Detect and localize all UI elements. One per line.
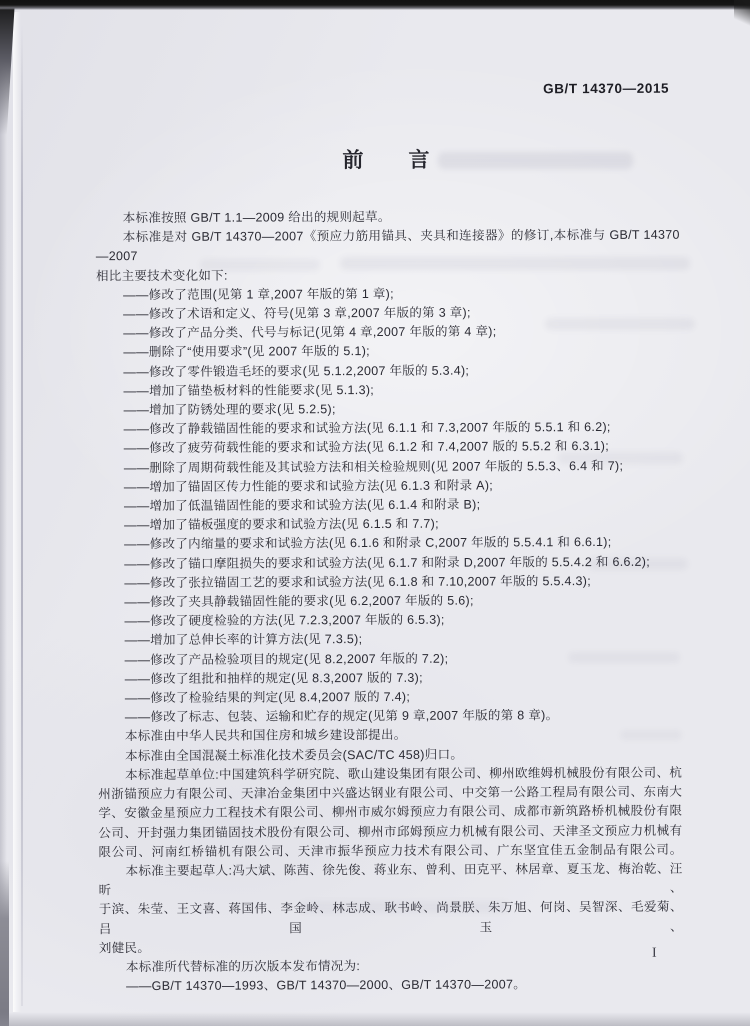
- text-line: ——修改了张拉锚固工艺的要求和试验方法(见 6.1.8 和 7.10,2007 …: [97, 572, 681, 594]
- text-line: ——删除了“使用要求”(见 2007 年版的 5.1);: [96, 341, 680, 363]
- page-fold-crease: [21, 25, 23, 1006]
- text-line: 限公司、河南红桥锚机有限公司、天津市振华预应力技术有限公司、广东坚宜佳五金制品有…: [98, 840, 682, 862]
- text-line: ——增加了防锈处理的要求(见 5.2.5);: [97, 399, 681, 421]
- text-line: ——修改了范围(见第 1 章,2007 年版的第 1 章);: [96, 283, 680, 305]
- text-line: ——修改了硬度检验的方法(见 7.2.3,2007 年版的 6.5.3);: [97, 610, 681, 632]
- scan-edge-top: [0, 0, 750, 10]
- page-fold-highlight: [13, 12, 21, 1012]
- bleedthrough-artifact: [340, 257, 690, 270]
- scan-edge-top-right: [734, 0, 750, 30]
- page-number: I: [652, 946, 657, 962]
- text-line: 本标准主要起草人:冯大斌、陈茜、徐先俊、蒋业东、曾利、田克平、林居章、夏玉龙、梅…: [99, 860, 683, 901]
- text-line: 刘健民。: [99, 936, 683, 958]
- text-line: ——GB/T 14370—1993、GB/T 14370—2000、GB/T 1…: [99, 975, 683, 997]
- text-line: 公司、开封强力集团锚固技术股份有限公司、柳州市邱姆预应力机械有限公司、天津圣文预…: [98, 821, 682, 843]
- scan-edge-bottom: [0, 1012, 750, 1026]
- text-line: ——增加了低温锚固性能的要求和试验方法(见 6.1.4 和附录 B);: [97, 495, 681, 517]
- standard-number: GB/T 14370—2015: [543, 81, 669, 97]
- text-line: ——修改了静载锚固性能的要求和试验方法(见 6.1.1 和 7.3,2007 年…: [97, 418, 681, 440]
- text-line: ——修改了组批和抽样的规定(见 8.3,2007 版的 7.3);: [98, 668, 682, 690]
- bleedthrough-artifact: [568, 652, 680, 663]
- scan-edge-left-bottom: [0, 861, 9, 1026]
- text-line: ——增加了锚垫板材料的性能要求(见 5.1.3);: [96, 379, 680, 401]
- text-line: 本标准由中华人民共和国住房和城乡建设部提出。: [98, 725, 682, 747]
- page-content: GB/T 14370—2015 前 言 本标准按照 GB/T 1.1—2009 …: [0, 0, 750, 1026]
- bleedthrough-artifact: [545, 318, 695, 330]
- text-line: 本标准所代替标准的历次版本发布情况为:: [99, 956, 683, 978]
- text-line: ——增加了锚固区传力性能的要求和试验方法(见 6.1.3 和附录 A);: [97, 476, 681, 498]
- bleedthrough-artifact: [438, 152, 633, 169]
- text-line: ——修改了内缩量的要求和试验方法(见 6.1.6 和附录 C,2007 年版的 …: [97, 533, 681, 555]
- page-title: 前 言: [24, 142, 748, 175]
- text-line: ——修改了夹具静载锚固性能的要求(见 6.2,2007 年版的 5.6);: [97, 591, 681, 613]
- text-line: ——修改了检验结果的判定(见 8.4,2007 版的 7.4);: [98, 687, 682, 709]
- bleedthrough-artifact: [300, 901, 510, 913]
- bleedthrough-artifact: [588, 558, 688, 570]
- text-line: ——增加了锚板强度的要求和试验方法(见 6.1.5 和 7.7);: [97, 514, 681, 536]
- text-line: 本标准由全国混凝土标准化技术委员会(SAC/TC 458)归口。: [98, 744, 682, 766]
- text-line: ——修改了标志、包装、运输和贮存的规定(见第 9 章,2007 年版的第 8 章…: [98, 706, 682, 728]
- bleedthrough-artifact: [620, 730, 682, 740]
- text-line: ——增加了总伸长率的计算方法(见 7.3.5);: [98, 629, 682, 651]
- bleedthrough-artifact: [200, 259, 320, 271]
- text-line: 本标准起草单位:中国建筑科学研究院、歌山建设集团有限公司、柳州欧维姆机械股份有限…: [98, 764, 682, 786]
- text-line: 州浙锚预应力有限公司、天津冶金集团中兴盛达钢业有限公司、中交第一公路工程局有限公…: [98, 783, 682, 805]
- scanned-page: GB/T 14370—2015 前 言 本标准按照 GB/T 1.1—2009 …: [0, 0, 750, 1026]
- text-line: ——修改了零件锻造毛坯的要求(见 5.1.2,2007 年版的 5.3.4);: [96, 360, 680, 382]
- text-line: 本标准按照 GB/T 1.1—2009 给出的规则起草。: [96, 207, 680, 229]
- text-line: 学、安徽金星预应力工程技术有限公司、柳州市威尔姆预应力有限公司、成都市新筑路桥机…: [98, 802, 682, 824]
- bleedthrough-artifact: [558, 452, 683, 464]
